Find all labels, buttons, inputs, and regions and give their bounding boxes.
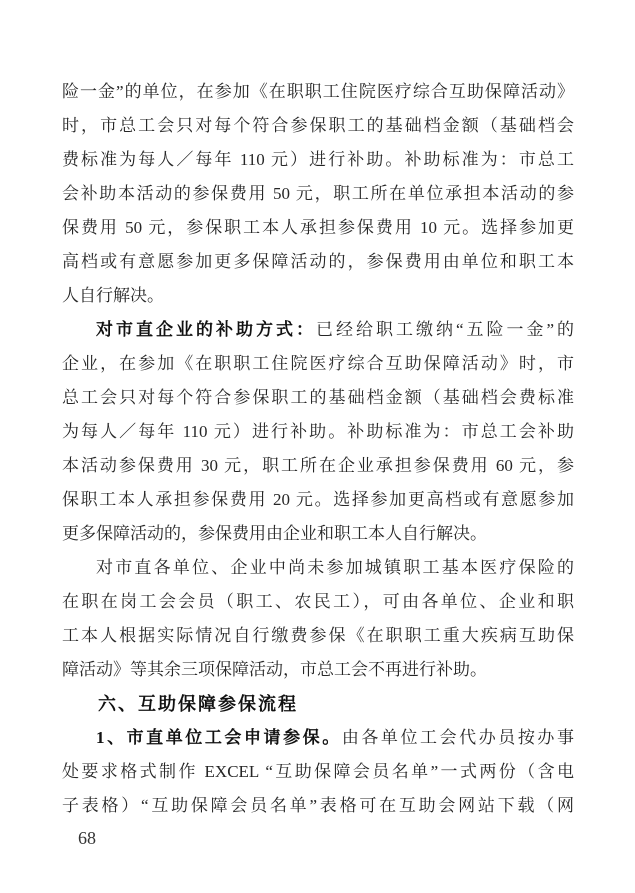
paragraph-line: 工本人根据实际情况自行缴费参保《在职职工重大疾病互助保: [62, 619, 574, 653]
section-heading: 六、互助保障参保流程: [62, 687, 574, 721]
bold-text: 1、市直单位工会申请参保。: [96, 728, 342, 747]
body-text: 保费用 50 元，参保职工本人承担参保费用 10 元。选择参加更: [62, 218, 574, 237]
body-text: 由各单位工会代办员按办事: [342, 728, 574, 747]
paragraph-line: 本活动参保费用 30 元，职工所在企业承担参保费用 60 元，参: [62, 449, 574, 483]
body-text: 更多保障活动的，参保费用由企业和职工本人自行解决。: [62, 524, 487, 543]
body-text: 费标准为每人／每年 110 元）进行补助。补助标准为：市总工: [62, 150, 574, 169]
paragraph-line: 企业，在参加《在职职工住院医疗综合互助保障活动》时，市: [62, 347, 574, 381]
paragraph-line: 障活动》等其余三项保障活动，市总工会不再进行补助。: [62, 653, 574, 687]
body-text: 人自行解决。: [62, 286, 164, 305]
paragraph-line: 在职在岗工会会员（职工、农民工），可由各单位、企业和职: [62, 585, 574, 619]
body-text: 子表格）“互助保障会员名单”表格可在互助会网站下载（网: [62, 796, 574, 815]
body-text: 处要求格式制作 EXCEL “互助保障会员名单”一式两份（含电: [62, 762, 574, 781]
paragraph-line: 处要求格式制作 EXCEL “互助保障会员名单”一式两份（含电: [62, 755, 574, 789]
paragraph-line: 对市直各单位、企业中尚未参加城镇职工基本医疗保险的: [62, 551, 574, 585]
body-text: 险一金”的单位，在参加《在职职工住院医疗综合互助保障活动》: [62, 82, 574, 101]
paragraph-line: 高档或有意愿参加更多保障活动的，参保费用由单位和职工本: [62, 245, 574, 279]
body-text: 障活动》等其余三项保障活动，市总工会不再进行补助。: [62, 660, 487, 679]
paragraph-line: 费标准为每人／每年 110 元）进行补助。补助标准为：市总工: [62, 143, 574, 177]
body-text: 对市直各单位、企业中尚未参加城镇职工基本医疗保险的: [96, 558, 574, 577]
paragraph-line: 会补助本活动的参保费用 50 元，职工所在单位承担本活动的参: [62, 177, 574, 211]
paragraph-line: 子表格）“互助保障会员名单”表格可在互助会网站下载（网: [62, 789, 574, 823]
paragraph-line: 保费用 50 元，参保职工本人承担参保费用 10 元。选择参加更: [62, 211, 574, 245]
paragraph-line: 险一金”的单位，在参加《在职职工住院医疗综合互助保障活动》: [62, 75, 574, 109]
body-text: 总工会只对每个符合参保职工的基础档金额（基础档会费标准: [62, 388, 574, 407]
body-text: 高档或有意愿参加更多保障活动的，参保费用由单位和职工本: [62, 252, 574, 271]
body-text: 本活动参保费用 30 元，职工所在企业承担参保费用 60 元，参: [62, 456, 574, 475]
paragraph-line: 更多保障活动的，参保费用由企业和职工本人自行解决。: [62, 517, 574, 551]
page-number: 68: [78, 828, 96, 849]
body-text: 为每人／每年 110 元）进行补助。补助标准为：市总工会补助: [62, 422, 574, 441]
body-text: 保职工本人承担参保费用 20 元。选择参加更高档或有意愿参加: [62, 490, 574, 509]
paragraph-line: 为每人／每年 110 元）进行补助。补助标准为：市总工会补助: [62, 415, 574, 449]
paragraph-line: 时，市总工会只对每个符合参保职工的基础档金额（基础档会: [62, 109, 574, 143]
body-text: 企业，在参加《在职职工住院医疗综合互助保障活动》时，市: [62, 354, 574, 373]
bold-text: 对市直企业的补助方式：: [96, 320, 316, 339]
body-text: 时，市总工会只对每个符合参保职工的基础档金额（基础档会: [62, 116, 574, 135]
document-page: 险一金”的单位，在参加《在职职工住院医疗综合互助保障活动》时，市总工会只对每个符…: [0, 0, 635, 893]
body-text: 工本人根据实际情况自行缴费参保《在职职工重大疾病互助保: [62, 626, 574, 645]
bold-text: 六、互助保障参保流程: [98, 694, 298, 714]
body-text: 会补助本活动的参保费用 50 元，职工所在单位承担本活动的参: [62, 184, 574, 203]
paragraph-line: 总工会只对每个符合参保职工的基础档金额（基础档会费标准: [62, 381, 574, 415]
paragraph-line: 1、市直单位工会申请参保。由各单位工会代办员按办事: [62, 721, 574, 755]
paragraph-line: 对市直企业的补助方式：已经给职工缴纳“五险一金”的: [62, 313, 574, 347]
paragraph-line: 保职工本人承担参保费用 20 元。选择参加更高档或有意愿参加: [62, 483, 574, 517]
body-text: 已经给职工缴纳“五险一金”的: [316, 320, 574, 339]
paragraph-line: 人自行解决。: [62, 279, 574, 313]
document-body: 险一金”的单位，在参加《在职职工住院医疗综合互助保障活动》时，市总工会只对每个符…: [62, 75, 574, 823]
body-text: 在职在岗工会会员（职工、农民工），可由各单位、企业和职: [62, 592, 574, 611]
